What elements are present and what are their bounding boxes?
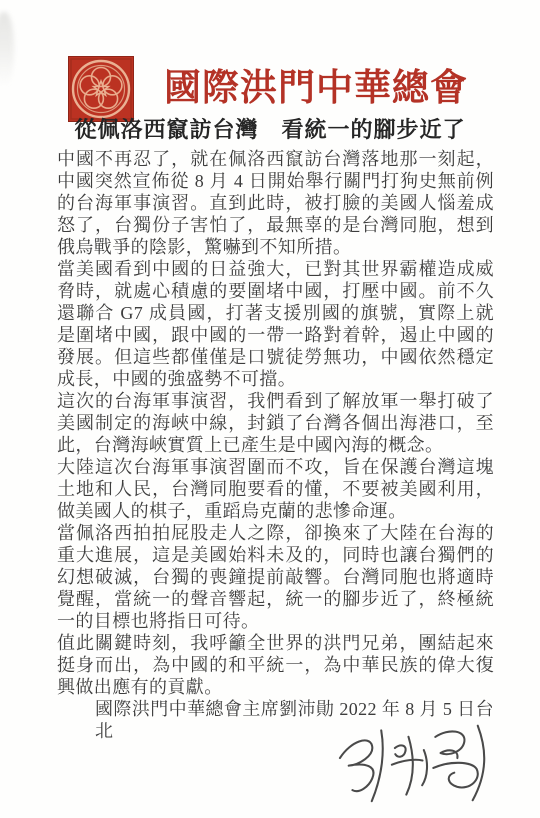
body-paragraph: 當美國看到中國的日益強大，已對其世界霸權造成威脅時，就處心積慮的要圍堵中國，打壓… bbox=[57, 258, 494, 390]
letterhead: 國際洪門中華總會 bbox=[68, 55, 488, 122]
body-paragraph: 大陸這次台海軍事演習圍而不攻，旨在保護台灣這塊土地和人民，台灣同胞要看的懂，不要… bbox=[57, 456, 494, 522]
handwritten-signature bbox=[327, 702, 519, 818]
body-paragraph: 值此關鍵時刻，我呼籲全世界的洪門兄弟，團結起來挺身而出，為中國的和平統一，為中華… bbox=[57, 632, 494, 698]
body-paragraph: 中國不再忍了，就在佩洛西竄訪台灣落地那一刻起，中國突然宣佈從 8 月 4 日開始… bbox=[57, 148, 494, 258]
letter-body: 中國不再忍了，就在佩洛西竄訪台灣落地那一刻起，中國突然宣佈從 8 月 4 日開始… bbox=[57, 148, 494, 742]
photo-smudge bbox=[0, 12, 14, 87]
body-paragraph: 這次的台海軍事演習，我們看到了解放軍一舉打破了美國制定的海峽中線，封鎖了台灣各個… bbox=[57, 390, 494, 456]
hongmen-seal-icon bbox=[68, 56, 134, 122]
letter-page: 國際洪門中華總會 從佩洛西竄訪台灣 看統一的腳步近了 中國不再忍了，就在佩洛西竄… bbox=[0, 0, 540, 818]
org-name-title: 國際洪門中華總會 bbox=[144, 56, 488, 122]
body-paragraph: 當佩洛西拍拍屁股走人之際，卻換來了大陸在台海的重大進展，這是美國始料未及的，同時… bbox=[57, 522, 494, 632]
letter-headline: 從佩洛西竄訪台灣 看統一的腳步近了 bbox=[0, 113, 540, 144]
